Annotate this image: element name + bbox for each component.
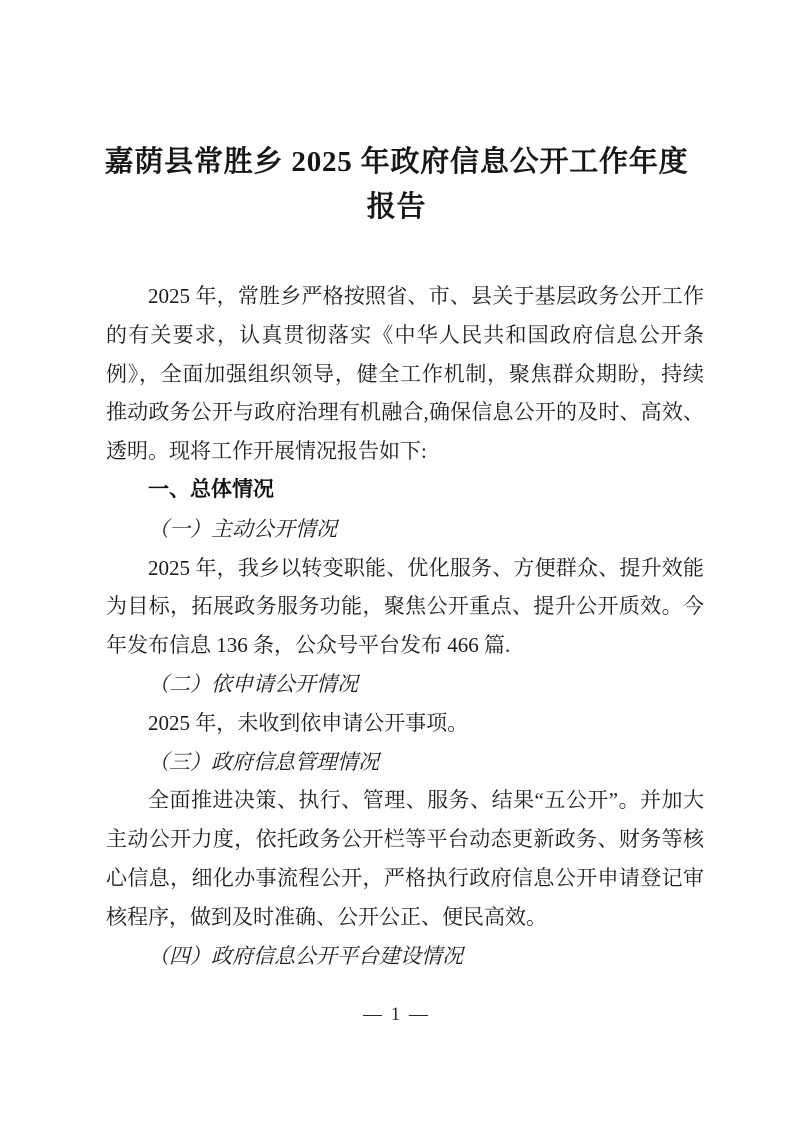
document-title-line-2: 报告 xyxy=(0,185,793,230)
paragraph-proactive-disclosure: 2025 年，我乡以转变职能、优化服务、方便群众、提升效能为目标，拓展政务服务功… xyxy=(106,549,704,665)
subsection-heading-platform-construction: （四）政府信息公开平台建设情况 xyxy=(106,937,704,976)
paragraph-information-management: 全面推进决策、执行、管理、服务、结果“五公开”。并加大主动公开力度，依托政务公开… xyxy=(106,781,704,936)
subsection-heading-information-management: （三）政府信息管理情况 xyxy=(106,743,704,782)
document-title: 嘉荫县常胜乡 2025 年政府信息公开工作年度 报告 xyxy=(0,140,793,230)
page-footer: — 1 — xyxy=(0,1004,793,1026)
paragraph-disclosure-upon-request: 2025 年，未收到依申请公开事项。 xyxy=(106,704,704,743)
section-heading-overall-situation: 一、总体情况 xyxy=(106,471,704,510)
document-title-line-1: 嘉荫县常胜乡 2025 年政府信息公开工作年度 xyxy=(0,140,793,185)
subsection-heading-proactive-disclosure: （一）主动公开情况 xyxy=(106,510,704,549)
page-number: — 1 — xyxy=(363,1004,430,1025)
paragraph-intro: 2025 年，常胜乡严格按照省、市、县关于基层政务公开工作的有关要求，认真贯彻落… xyxy=(106,277,704,471)
subsection-heading-disclosure-upon-request: （二）依申请公开情况 xyxy=(106,665,704,704)
document-page: 嘉荫县常胜乡 2025 年政府信息公开工作年度 报告 2025 年，常胜乡严格按… xyxy=(0,0,793,1122)
document-body: 2025 年，常胜乡严格按照省、市、县关于基层政务公开工作的有关要求，认真贯彻落… xyxy=(106,277,704,975)
